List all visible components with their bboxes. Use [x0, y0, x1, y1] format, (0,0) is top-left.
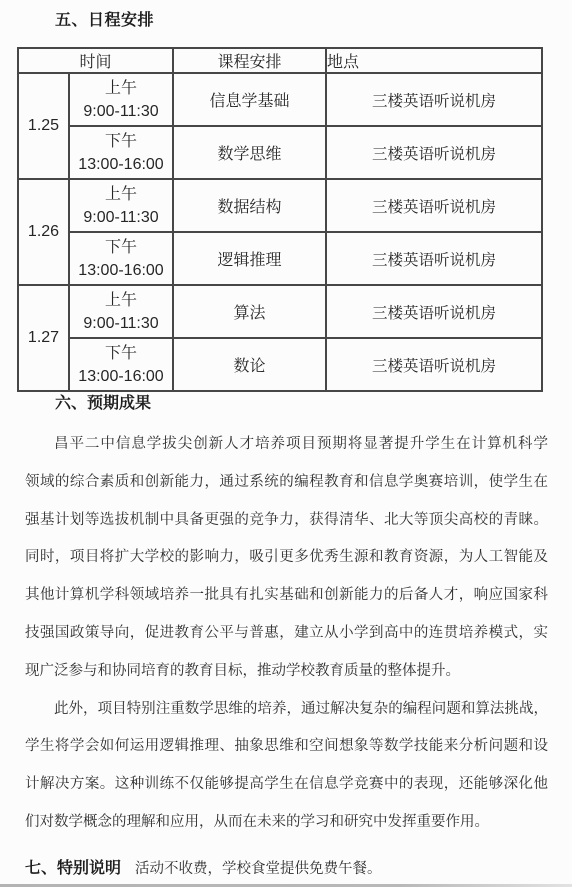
table-row: 下午 13:00-16:00 数论 三楼英语听说机房 [18, 338, 542, 391]
table-row: 下午 13:00-16:00 数学思维 三楼英语听说机房 [18, 126, 542, 179]
paragraph-line: 计解决方案。这种训练不仅能够提高学生在信息学竞赛中的表现，还能够深化他 [25, 766, 548, 804]
header-cell-location: 地点 [326, 48, 542, 73]
period-label: 下午 [70, 342, 172, 365]
time-range: 9:00-11:30 [70, 206, 172, 229]
date-cell: 1.25 [18, 73, 69, 179]
period-label: 下午 [70, 236, 172, 259]
table-row: 1.26 上午 9:00-11:30 数据结构 三楼英语听说机房 [18, 179, 542, 232]
section7-heading: 七、特别说明 [25, 860, 121, 877]
period-label: 下午 [70, 130, 172, 153]
section6-heading: 六、预期成果 [55, 394, 548, 414]
period-label: 上午 [70, 77, 172, 100]
time-cell: 上午 9:00-11:30 [69, 285, 173, 338]
document-page: 五、日程安排 时间 课程安排 地点 1.25 上午 9:00-11:30 信息学… [0, 0, 572, 887]
time-cell: 下午 13:00-16:00 [69, 232, 173, 285]
table-row: 1.25 上午 9:00-11:30 信息学基础 三楼英语听说机房 [18, 73, 542, 126]
time-range: 13:00-16:00 [70, 259, 172, 282]
table-row: 1.27 上午 9:00-11:30 算法 三楼英语听说机房 [18, 285, 542, 338]
section5-heading: 五、日程安排 [55, 11, 154, 31]
paragraph-line: 领域的综合素质和创新能力，通过系统的编程教育和信息学奥赛培训，使学生在 [25, 464, 548, 502]
course-cell: 数据结构 [173, 179, 326, 232]
course-cell: 算法 [173, 285, 326, 338]
location-cell: 三楼英语听说机房 [326, 232, 542, 285]
section7-line: 七、特别说明活动不收费，学校食堂提供免费午餐。 [25, 850, 548, 887]
date-cell: 1.26 [18, 179, 69, 285]
date-cell: 1.27 [18, 285, 69, 391]
paragraph-line: 昌平二中信息学拔尖创新人才培养项目预期将显著提升学生在计算机科学 [25, 426, 548, 464]
header-cell-time: 时间 [18, 48, 173, 73]
time-range: 9:00-11:30 [70, 312, 172, 335]
paragraph-line: 同时，项目将扩大学校的影响力，吸引更多优秀生源和教育资源，为人工智能及 [25, 539, 548, 577]
course-cell: 逻辑推理 [173, 232, 326, 285]
location-cell: 三楼英语听说机房 [326, 179, 542, 232]
time-cell: 下午 13:00-16:00 [69, 126, 173, 179]
paragraph-line: 们对数学概念的理解和应用，从而在未来的学习和研究中发挥重要作用。 [25, 804, 548, 842]
paragraph-line: 强基计划等选拔机制中具备更强的竞争力，获得清华、北大等顶尖高校的青睐。 [25, 502, 548, 540]
time-range: 9:00-11:30 [70, 100, 172, 123]
table-header-row: 时间 课程安排 地点 [18, 48, 542, 73]
paragraph-line: 其他计算机学科领域培养一批具有扎实基础和创新能力的后备人才，响应国家科 [25, 577, 548, 615]
course-cell: 数论 [173, 338, 326, 391]
location-cell: 三楼英语听说机房 [326, 73, 542, 126]
time-cell: 上午 9:00-11:30 [69, 73, 173, 126]
time-cell: 上午 9:00-11:30 [69, 179, 173, 232]
time-range: 13:00-16:00 [70, 153, 172, 176]
period-label: 上午 [70, 183, 172, 206]
course-cell: 数学思维 [173, 126, 326, 179]
header-cell-course: 课程安排 [173, 48, 326, 73]
schedule-table: 时间 课程安排 地点 1.25 上午 9:00-11:30 信息学基础 三楼英语… [17, 47, 543, 392]
table-row: 下午 13:00-16:00 逻辑推理 三楼英语听说机房 [18, 232, 542, 285]
section7-text: 活动不收费，学校食堂提供免费午餐。 [135, 861, 382, 877]
time-cell: 下午 13:00-16:00 [69, 338, 173, 391]
paragraph-line: 技强国政策导向，促进教育公平与普惠，建立从小学到高中的连贯培养模式，实 [25, 615, 548, 653]
body-text-block: 六、预期成果 昌平二中信息学拔尖创新人才培养项目预期将显著提升学生在计算机科学 … [25, 394, 548, 887]
location-cell: 三楼英语听说机房 [326, 285, 542, 338]
paragraph-line: 现广泛参与和协同培育的教育目标，推动学校教育质量的整体提升。 [25, 653, 548, 691]
course-cell: 信息学基础 [173, 73, 326, 126]
paragraph-line: 学生将学会如何运用逻辑推理、抽象思维和空间想象等数学技能来分析问题和设 [25, 728, 548, 766]
time-range: 13:00-16:00 [70, 365, 172, 388]
paragraph-line: 此外，项目特别注重数学思维的培养，通过解决复杂的编程问题和算法挑战， [25, 691, 548, 729]
location-cell: 三楼英语听说机房 [326, 126, 542, 179]
location-cell: 三楼英语听说机房 [326, 338, 542, 391]
period-label: 上午 [70, 289, 172, 312]
